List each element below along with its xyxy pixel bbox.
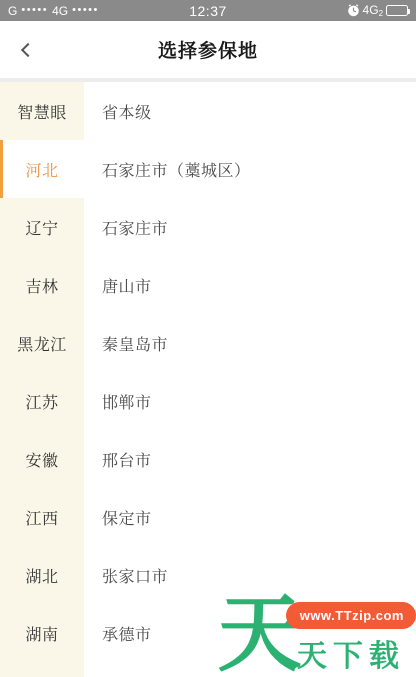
city-item-label: 石家庄市（藁城区）	[102, 158, 251, 181]
sidebar-item-label: 吉林	[25, 274, 58, 297]
network-sim-subscript: 2	[379, 9, 383, 18]
sidebar-item-label: 黑龙江	[17, 332, 67, 355]
sidebar-item-label: 安徽	[25, 448, 58, 471]
network-type-label: 4G2	[363, 3, 383, 18]
signal-area: G ••••• 4G •••••	[8, 4, 189, 18]
city-item-label: 保定市	[102, 506, 152, 529]
status-right-area: 4G2	[227, 3, 408, 18]
sidebar-item-label: 江西	[25, 506, 58, 529]
battery-icon	[386, 5, 408, 16]
sim2-signal-dots: •••••	[72, 4, 99, 16]
sidebar-item-label: 河北	[25, 158, 58, 181]
city-item-label: 邯郸市	[102, 390, 152, 413]
city-item[interactable]: 秦皇岛市	[84, 314, 416, 372]
alarm-clock-icon	[347, 4, 360, 17]
city-item-label: 秦皇岛市	[102, 332, 168, 355]
city-item[interactable]: 省本级	[84, 82, 416, 140]
sim1-label: G	[8, 4, 17, 18]
battery-nub	[408, 9, 410, 14]
city-item-label: 石家庄市	[102, 216, 168, 239]
city-item-label: 张家口市	[102, 564, 168, 587]
city-item[interactable]: 承德市	[84, 604, 416, 662]
status-time: 12:37	[189, 3, 227, 19]
city-item[interactable]: 石家庄市（藁城区）	[84, 140, 416, 198]
nav-header: 选择参保地	[0, 21, 416, 78]
sidebar-item-label: 江苏	[25, 390, 58, 413]
sim1-signal-dots: •••••	[21, 4, 48, 16]
sidebar-item-label: 辽宁	[25, 216, 58, 239]
city-item[interactable]: 邯郸市	[84, 372, 416, 430]
province-sidebar: 智慧眼 河北 辽宁 吉林 黑龙江 江苏 安徽 江西 湖北 湖南	[0, 82, 84, 677]
sidebar-item[interactable]: 辽宁	[0, 198, 84, 256]
picker-content: 智慧眼 河北 辽宁 吉林 黑龙江 江苏 安徽 江西 湖北 湖南 省本级 石家庄市…	[0, 82, 416, 677]
city-item-label: 唐山市	[102, 274, 152, 297]
sidebar-item-label: 湖北	[25, 564, 58, 587]
sidebar-item[interactable]: 湖南	[0, 604, 84, 662]
city-item[interactable]: 唐山市	[84, 256, 416, 314]
sidebar-item[interactable]: 吉林	[0, 256, 84, 314]
back-button[interactable]	[10, 34, 42, 66]
city-item[interactable]: 邢台市	[84, 430, 416, 488]
sidebar-item[interactable]: 湖北	[0, 546, 84, 604]
city-item-label: 省本级	[102, 100, 152, 123]
city-item[interactable]: 石家庄市	[84, 198, 416, 256]
app-screen: G ••••• 4G ••••• 12:37 4G2 选择参保地	[0, 0, 416, 677]
sim2-label: 4G	[52, 4, 68, 18]
city-item-label: 邢台市	[102, 448, 152, 471]
city-list: 省本级 石家庄市（藁城区） 石家庄市 唐山市 秦皇岛市 邯郸市 邢台市 保定市 …	[84, 82, 416, 677]
sidebar-item-selected[interactable]: 河北	[0, 140, 84, 198]
city-item-label: 承德市	[102, 622, 152, 645]
sidebar-item[interactable]: 江西	[0, 488, 84, 546]
city-item[interactable]: 保定市	[84, 488, 416, 546]
chevron-left-icon	[21, 42, 35, 56]
sidebar-item-label: 智慧眼	[17, 100, 67, 123]
sidebar-item[interactable]: 江苏	[0, 372, 84, 430]
page-title: 选择参保地	[158, 36, 258, 63]
city-item[interactable]: 张家口市	[84, 546, 416, 604]
sidebar-item[interactable]: 安徽	[0, 430, 84, 488]
status-bar: G ••••• 4G ••••• 12:37 4G2	[0, 0, 416, 21]
sidebar-item-label: 湖南	[25, 622, 58, 645]
sidebar-item[interactable]: 智慧眼	[0, 82, 84, 140]
sidebar-item[interactable]: 黑龙江	[0, 314, 84, 372]
